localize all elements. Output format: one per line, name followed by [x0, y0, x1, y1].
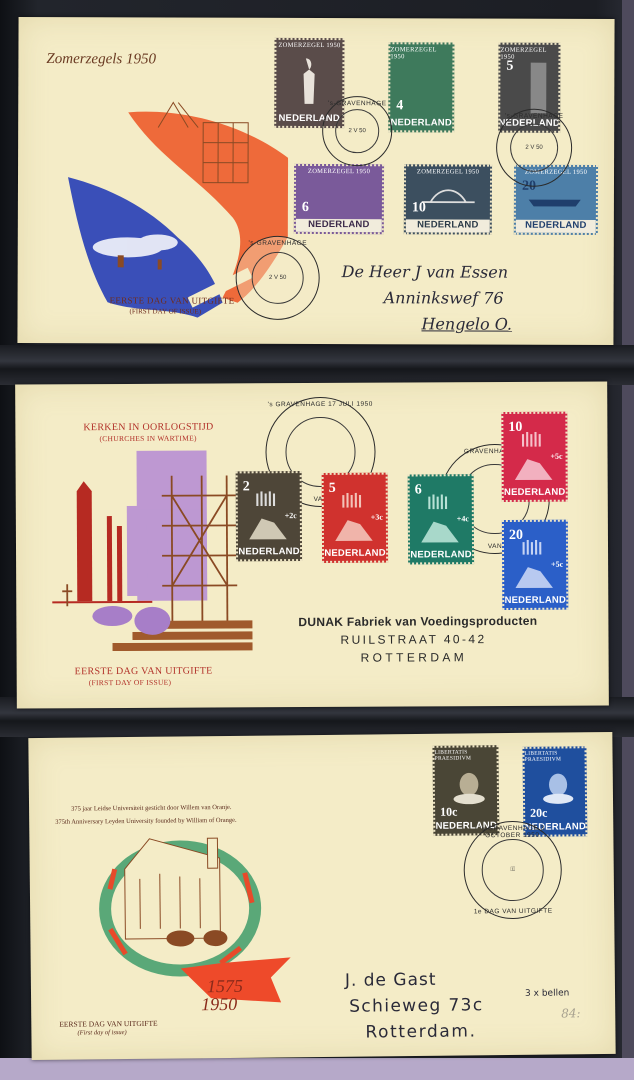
address-line: Schieweg 73c	[349, 995, 484, 1016]
first-day-label: EERSTE DAG VAN UITGIFTE	[59, 1019, 157, 1029]
first-day-label-english: (First day of issue)	[77, 1029, 126, 1037]
stamp: LIBERTATIS PRAESIDIVM 20c NEDERLAND	[522, 746, 587, 837]
postmark-date: 2 V 50	[335, 109, 379, 153]
stamp-header: ZOMERZEGEL 1950	[417, 166, 479, 175]
stamp: 6 +4c NEDERLAND	[408, 474, 474, 564]
stamp-country: NEDERLAND	[516, 220, 596, 233]
postmark: 's-GRAVENHAGE 2 V 50	[496, 109, 572, 187]
stamp-country: NEDERLAND	[406, 219, 490, 232]
address-line: Hengelo O.	[421, 314, 512, 333]
postmark-date: 2 V 50	[251, 252, 304, 305]
church-rider-illustration	[509, 535, 561, 598]
stamp: 10 +5c NEDERLAND	[501, 412, 567, 502]
postmark: 's-GRAVENHAGE 2 V 50	[322, 96, 392, 166]
stamp-header: ZOMERZEGEL 1950	[390, 44, 452, 60]
stamp: ZOMERZEGEL 1950 10 NEDERLAND	[404, 164, 492, 234]
stamp-header: ZOMERZEGEL 1950	[278, 40, 340, 49]
stamp: LIBERTATIS PRAESIDIVM 10c NEDERLAND	[432, 745, 499, 836]
address-line: De Heer J van Essen	[342, 262, 508, 282]
stamp-value: 10	[412, 200, 426, 216]
stamp-country: NEDERLAND	[390, 117, 451, 130]
sleeve-divider	[0, 345, 634, 385]
church-rider-illustration	[508, 427, 560, 490]
pencil-note: 84:	[561, 1006, 580, 1020]
address-line: Rotterdam.	[365, 1021, 476, 1042]
first-day-label: EERSTE DAG VAN UITGIFTE	[75, 666, 213, 678]
cachet-subtitle: (CHURCHES IN WARTIME)	[99, 434, 196, 444]
cachet-title: Zomerzegels 1950	[46, 51, 156, 68]
address-line: Anninkswef 76	[384, 288, 504, 307]
stamp: 20 +5c NEDERLAND	[502, 520, 568, 610]
postmark-text: 's GRAVENHAGE 17 JULI 1950	[266, 401, 374, 409]
address-line: ROTTERDAM	[361, 650, 468, 665]
stamp: 5 +3c NEDERLAND	[322, 473, 388, 563]
background-surface	[0, 1058, 634, 1080]
postmark-text: 's-GRAVENHAGE	[497, 113, 571, 120]
postmark-text: 's-GRAVENHAGE	[323, 100, 391, 107]
coat-of-arms-keys-icon: ⚿	[482, 839, 544, 901]
church-rider-illustration	[415, 490, 467, 553]
first-day-cover-kerken: KERKEN IN OORLOGSTIJD (CHURCHES IN WARTI…	[15, 381, 609, 708]
cachet-title: KERKEN IN OORLOGSTIJD	[83, 422, 213, 434]
church-rider-illustration	[243, 487, 295, 550]
stamp-value: 4	[396, 98, 403, 114]
cachet-subtitle: 375th Anniversary Leyden University foun…	[55, 817, 236, 826]
album-edge	[622, 0, 634, 1080]
university-wreath-illustration	[79, 827, 301, 1029]
stamp: ZOMERZEGEL 1950 6 NEDERLAND	[294, 164, 384, 234]
stamp-header: LIBERTATIS PRAESIDIVM	[434, 747, 496, 762]
postmark-text: 's-GRAVENHAGE 3 OCTOBER 1950	[464, 825, 560, 840]
church-ruins-illustration	[41, 445, 262, 656]
postmark-text: 's-GRAVENHAGE	[237, 240, 319, 247]
first-day-label-english: (FIRST DAY OF ISSUE)	[89, 678, 172, 687]
stamp-header: ZOMERZEGEL 1950	[308, 166, 370, 175]
postmark: 's-GRAVENHAGE 3 OCTOBER 1950 ⚿ 1e DAG VA…	[463, 820, 562, 919]
stamp-header: LIBERTATIS PRAESIDIVM	[524, 748, 584, 763]
stamp: ZOMERZEGEL 1950 4 NEDERLAND	[388, 42, 454, 132]
first-day-cover-leiden-university: 375 jaar Leidse Universiteit gesticht do…	[28, 732, 615, 1060]
stamp-country: NEDERLAND	[296, 219, 382, 232]
cachet-title: 375 jaar Leidse Universiteit gesticht do…	[71, 804, 232, 813]
ribbon-year: 1950	[201, 994, 237, 1015]
address-line: J. de Gast	[345, 970, 437, 991]
postmark-text: 1e DAG VAN UITGIFTE	[465, 907, 561, 915]
first-day-cover-zomerzegels: Zomerzegels 1950 EERSTE DAG VAN UITGIFTE…	[17, 17, 614, 345]
address-line: RUILSTRAAT 40-42	[340, 632, 486, 647]
first-day-label-english: (FIRST DAY OF ISSUE)	[130, 307, 202, 315]
first-day-label: EERSTE DAG VAN UITGIFTE	[110, 295, 235, 305]
postmark-date: 2 V 50	[510, 123, 558, 172]
stamp: 2 +2c NEDERLAND	[236, 471, 302, 561]
address-note: 3 x bellen	[525, 988, 569, 998]
stamp-value: 6	[302, 200, 309, 216]
church-rider-illustration	[329, 488, 381, 551]
stamp-value: 10c	[440, 805, 457, 820]
postmark: 's-GRAVENHAGE 2 V 50	[236, 236, 320, 320]
stamp-value: 20c	[530, 806, 547, 821]
address-line: DUNAK Fabriek van Voedingsproducten	[298, 614, 537, 629]
